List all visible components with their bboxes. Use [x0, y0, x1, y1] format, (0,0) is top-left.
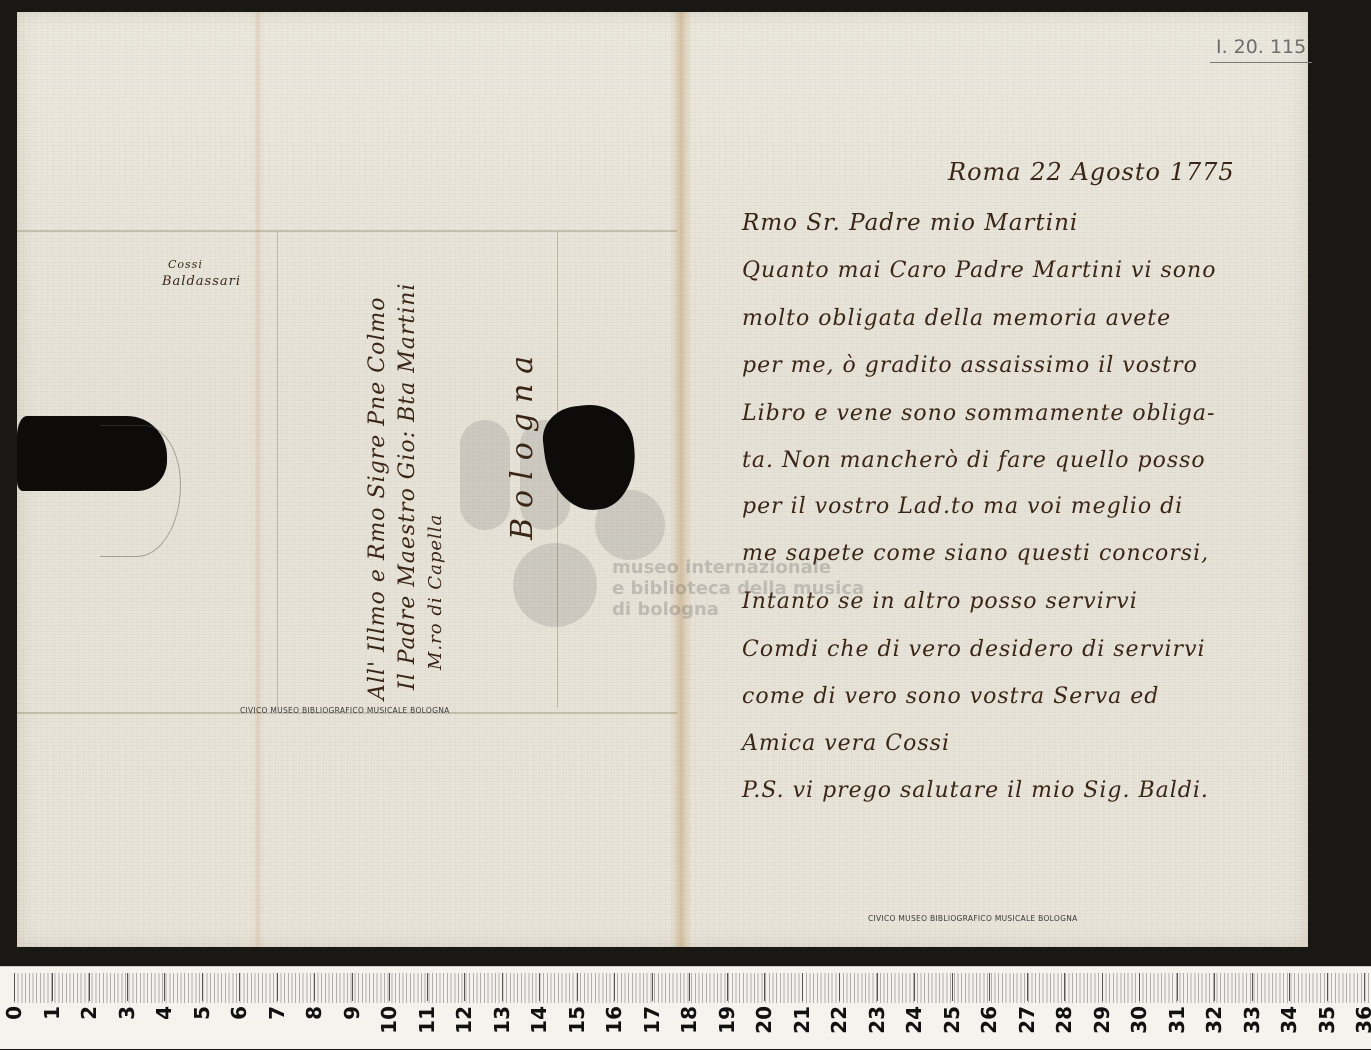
ruler-label: 18	[677, 1006, 701, 1036]
letter-line-6: per il vostro Lad.to ma voi meglio di	[742, 494, 1183, 519]
ruler-label: 6	[227, 1006, 251, 1036]
ruler-label: 0	[2, 1006, 26, 1036]
ruler-major-tick	[314, 973, 315, 1001]
ruler-major-tick	[652, 973, 653, 1001]
letter-line-2: molto obligata della memoria avete	[742, 306, 1171, 331]
ruler-label: 33	[1240, 1006, 1264, 1036]
ruler-major-tick	[802, 973, 803, 1001]
library-stamp-right: CIVICO MUSEO BIBLIOGRAFICO MUSICALE BOLO…	[868, 914, 1078, 923]
center-fold	[670, 12, 692, 947]
ruler-major-tick	[52, 973, 53, 1001]
ruler-major-tick	[952, 973, 953, 1001]
ruler-label: 31	[1165, 1006, 1189, 1036]
ruler-major-tick	[239, 973, 240, 1001]
address-line-3: M.ro di Capella	[425, 514, 446, 670]
ruler-label: 16	[602, 1006, 626, 1036]
address-panel-left-edge	[277, 232, 278, 707]
ruler-major-tick	[352, 973, 353, 1001]
ruler-label: 23	[865, 1006, 889, 1036]
measurement-ruler: 0123456789101112131415161718192021222324…	[0, 966, 1371, 1049]
ruler-major-tick	[839, 973, 840, 1001]
ruler-major-tick	[989, 973, 990, 1001]
ruler-label: 14	[527, 1006, 551, 1036]
ruler-label: 8	[302, 1006, 326, 1036]
ruler-label: 21	[790, 1006, 814, 1036]
letter-line-1: Quanto mai Caro Padre Martini vi sono	[742, 258, 1216, 283]
ruler-label: 24	[902, 1006, 926, 1036]
ruler-major-tick	[202, 973, 203, 1001]
letter-line-8: Intanto se in altro posso servirvi	[742, 589, 1138, 614]
ruler-major-tick	[1364, 973, 1365, 1001]
address-line-2: Il Padre Maestro Gio: Bta Martini	[395, 283, 420, 690]
ruler-label: 2	[77, 1006, 101, 1036]
letter-line-5: ta. Non mancherò di fare quello posso	[742, 448, 1206, 473]
letter-line-4: Libro e vene sono sommamente obliga-	[742, 401, 1215, 426]
ruler-label: 15	[565, 1006, 589, 1036]
ruler-label: 10	[377, 1006, 401, 1036]
ruler-label: 28	[1052, 1006, 1076, 1036]
ruler-label: 22	[827, 1006, 851, 1036]
ruler-label: 7	[265, 1006, 289, 1036]
ruler-major-tick	[464, 973, 465, 1001]
address-line-1: All' Illmo e Rmo Sigre Pne Colmo	[365, 297, 390, 700]
ruler-major-tick	[577, 973, 578, 1001]
ruler-label: 32	[1202, 1006, 1226, 1036]
ruler-major-tick	[1027, 973, 1028, 1001]
shelfmark: I. 20. 115	[1210, 36, 1312, 63]
left-fold	[253, 12, 263, 947]
ruler-major-tick	[1102, 973, 1103, 1001]
ruler-major-tick	[689, 973, 690, 1001]
ruler-label: 17	[640, 1006, 664, 1036]
letter-line-10: come di vero sono vostra Serva ed	[742, 684, 1159, 709]
ruler-label: 13	[490, 1006, 514, 1036]
ruler-label: 30	[1127, 1006, 1151, 1036]
address-city: Bologna	[505, 346, 540, 540]
ruler-major-tick	[1064, 973, 1065, 1001]
library-stamp-left: CIVICO MUSEO BIBLIOGRAFICO MUSICALE BOLO…	[240, 706, 450, 715]
ruler-major-tick	[502, 973, 503, 1001]
ruler-major-tick	[1327, 973, 1328, 1001]
ruler-major-tick	[764, 973, 765, 1001]
ruler-major-tick	[1214, 973, 1215, 1001]
ruler-major-tick	[14, 973, 15, 1001]
ruler-label: 29	[1090, 1006, 1114, 1036]
ruler-major-tick	[1139, 973, 1140, 1001]
letter-line-7: me sapete come siano questi concorsi,	[742, 541, 1209, 566]
ruler-label: 19	[715, 1006, 739, 1036]
ruler-major-tick	[1289, 973, 1290, 1001]
letter-line-9: Comdi che di vero desidero di servirvi	[742, 637, 1206, 662]
ruler-label: 11	[415, 1006, 439, 1036]
ruler-ticks	[14, 973, 1371, 1003]
docket-line-2: Baldassari	[162, 274, 241, 289]
ruler-major-tick	[614, 973, 615, 1001]
ruler-label: 26	[977, 1006, 1001, 1036]
ruler-major-tick	[89, 973, 90, 1001]
ruler-label: 25	[940, 1006, 964, 1036]
ruler-label: 20	[752, 1006, 776, 1036]
ruler-major-tick	[389, 973, 390, 1001]
letter-line-12: P.S. vi prego salutare il mio Sig. Baldi…	[742, 778, 1209, 803]
ruler-major-tick	[427, 973, 428, 1001]
horizontal-fold-top	[17, 230, 677, 232]
ruler-label: 36	[1352, 1006, 1371, 1036]
ruler-major-tick	[727, 973, 728, 1001]
ruler-major-tick	[164, 973, 165, 1001]
letter-line-11: Amica vera Cossi	[742, 731, 950, 756]
ruler-major-tick	[914, 973, 915, 1001]
dateline: Roma 22 Agosto 1775	[948, 158, 1235, 186]
ruler-major-tick	[1177, 973, 1178, 1001]
ruler-label: 9	[340, 1006, 364, 1036]
ruler-major-tick	[877, 973, 878, 1001]
ruler-major-tick	[539, 973, 540, 1001]
ruler-label: 34	[1277, 1006, 1301, 1036]
ruler-label: 12	[452, 1006, 476, 1036]
ruler-label: 4	[152, 1006, 176, 1036]
ruler-label: 1	[40, 1006, 64, 1036]
docket-line-1: Cossi	[168, 258, 203, 271]
ruler-major-tick	[277, 973, 278, 1001]
letter-line-3: per me, ò gradito assaissimo il vostro	[742, 353, 1198, 378]
ruler-label: 5	[190, 1006, 214, 1036]
ruler-label: 27	[1015, 1006, 1039, 1036]
ruler-label: 35	[1315, 1006, 1339, 1036]
ruler-label: 3	[115, 1006, 139, 1036]
salutation: Rmo Sr. Padre mio Martini	[742, 210, 1078, 236]
ruler-major-tick	[127, 973, 128, 1001]
ruler-major-tick	[1252, 973, 1253, 1001]
